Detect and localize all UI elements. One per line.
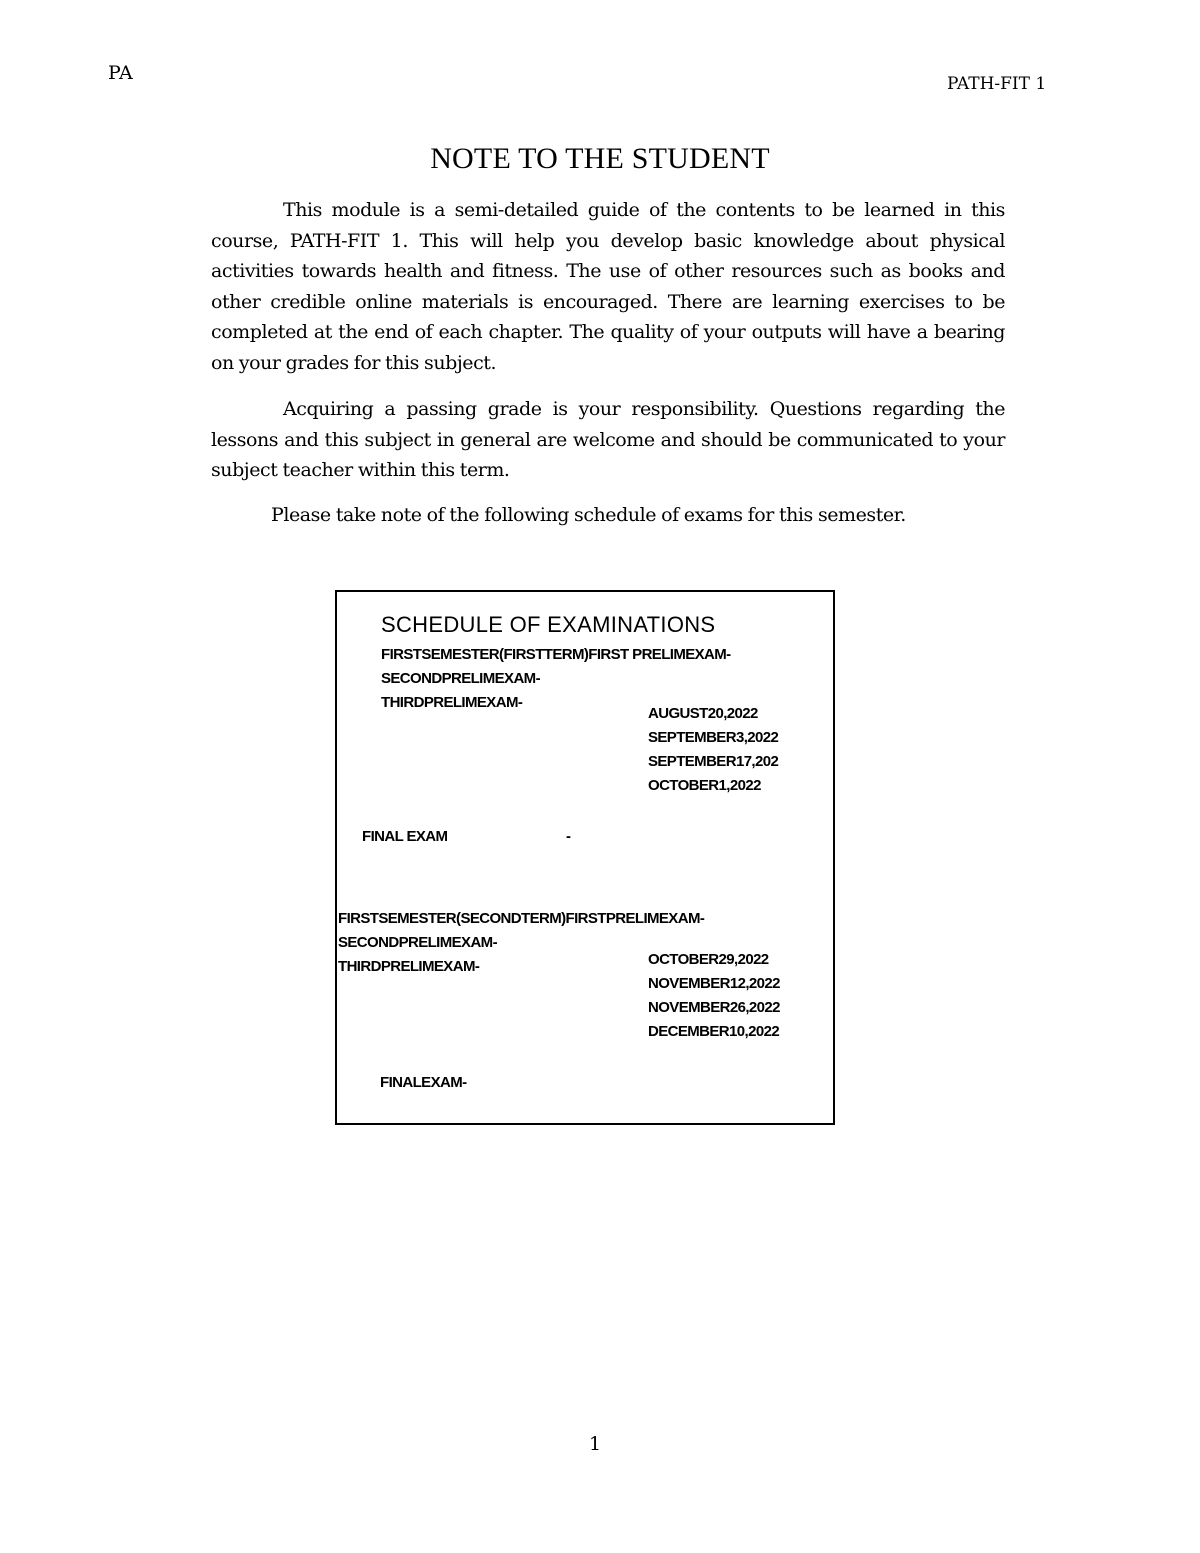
first-term-date-1: AUGUST20,2022 (648, 705, 758, 722)
first-term-date-3: SEPTEMBER17,202 (648, 753, 778, 770)
first-term-third-prelim-label: THIRDPRELIMEXAM- (381, 694, 522, 711)
page-number: 1 (589, 1433, 601, 1455)
paragraph-responsibility: Acquiring a passing grade is your respon… (211, 394, 1005, 486)
second-term-second-prelim-label: SECONDPRELIMEXAM- (338, 934, 497, 951)
header-left: PA (108, 62, 133, 84)
header-right: PATH-FIT 1 (947, 74, 1046, 94)
first-term-heading: FIRSTSEMESTER(FIRSTTERM)FIRST PRELIMEXAM… (381, 646, 731, 663)
paragraph-schedule-note: Please take note of the following schedu… (211, 500, 1005, 531)
schedule-title: SCHEDULE OF EXAMINATIONS (381, 612, 715, 638)
second-term-third-prelim-label: THIRDPRELIMEXAM- (338, 958, 479, 975)
first-term-final-dash: - (566, 828, 570, 845)
first-term-date-2: SEPTEMBER3,2022 (648, 729, 778, 746)
second-term-final-label: FINALEXAM- (380, 1074, 467, 1091)
paragraph-intro: This module is a semi-detailed guide of … (211, 195, 1005, 378)
second-term-date-2: NOVEMBER12,2022 (648, 975, 780, 992)
first-term-final-label: FINAL EXAM (362, 828, 447, 845)
schedule-box: SCHEDULE OF EXAMINATIONS FIRSTSEMESTER(F… (335, 590, 835, 1125)
first-term-date-4: OCTOBER1,2022 (648, 777, 761, 794)
second-term-date-1: OCTOBER29,2022 (648, 951, 769, 968)
page-title: NOTE TO THE STUDENT (0, 142, 1200, 176)
first-term-second-prelim-label: SECONDPRELIMEXAM- (381, 670, 540, 687)
second-term-date-3: NOVEMBER26,2022 (648, 999, 780, 1016)
second-term-date-4: DECEMBER10,2022 (648, 1023, 779, 1040)
second-term-heading: FIRSTSEMESTER(SECONDTERM)FIRSTPRELIMEXAM… (338, 910, 704, 927)
